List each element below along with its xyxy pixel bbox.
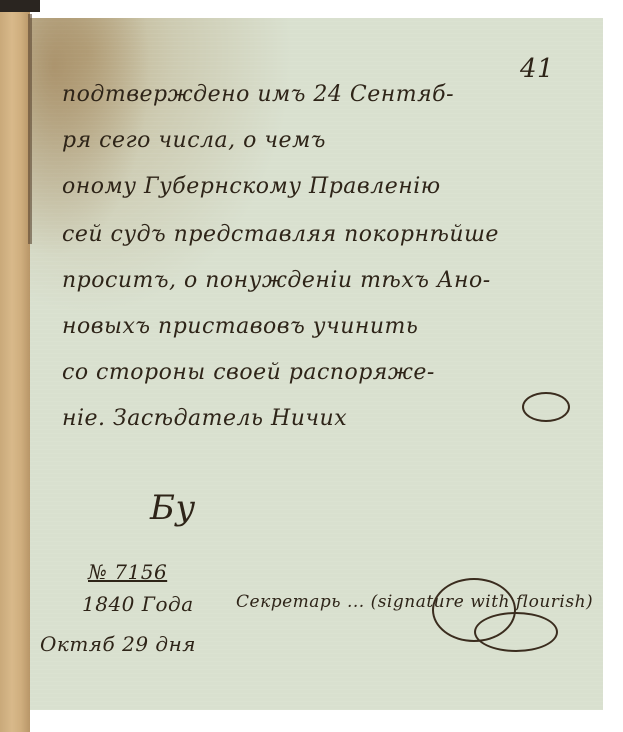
line-flourish <box>522 392 570 422</box>
folio-number: 41 <box>520 54 554 84</box>
text-line-1: подтверждено имъ 24 Сентяб- <box>62 82 454 107</box>
signature-flourish-lower <box>474 612 558 652</box>
text-line-8: ніе. Засѣдатель Ничих <box>62 406 347 431</box>
resolution-mark: Бу <box>150 488 196 528</box>
text-line-4: сей судъ представляя покорнѣйше <box>62 222 499 247</box>
year-line: 1840 Года <box>82 592 194 616</box>
date-line: Октяб 29 дня <box>40 632 196 656</box>
text-line-7: со стороны своей распоряже- <box>62 360 435 385</box>
text-line-3: оному Губернскому Правленію <box>62 174 441 199</box>
binding-edge <box>0 0 40 12</box>
text-line-5: проситъ, о понужденіи тѣхъ Ано- <box>62 268 491 293</box>
book-spine <box>0 0 30 732</box>
text-line-2: ря сего числа, о чемъ <box>62 128 326 153</box>
text-line-6: новыхъ приставовъ учинить <box>62 314 418 339</box>
page-fold <box>28 14 32 244</box>
signature: Секретарь ... (signature with flourish) <box>236 592 593 612</box>
registry-number: № 7156 <box>88 560 167 584</box>
